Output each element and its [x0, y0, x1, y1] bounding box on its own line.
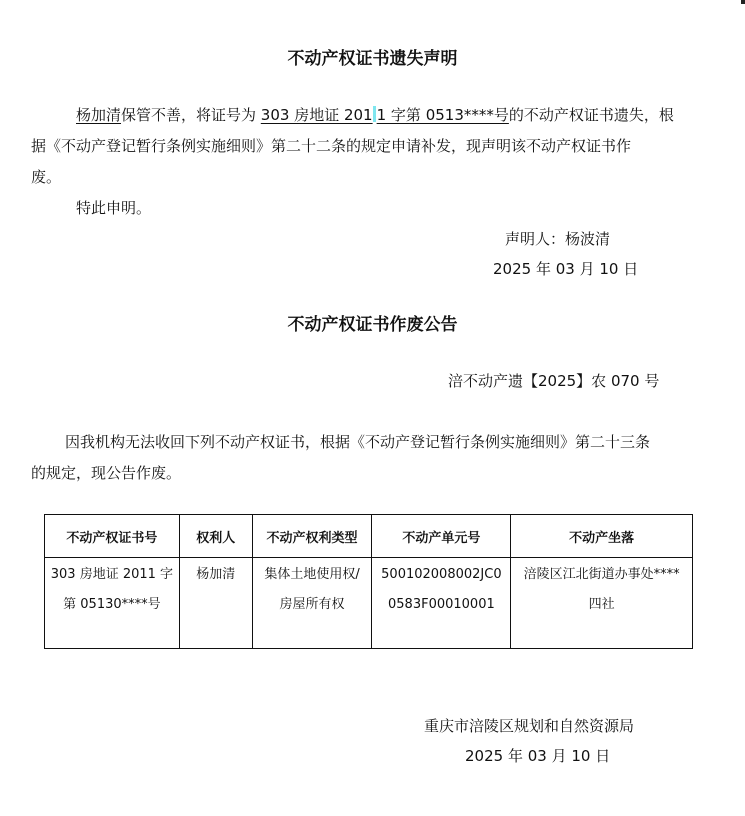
loss-statement-para1-line2: 据《不动产登记暂行条例实施细则》第二十二条的规定申请补发，现声明该不动产权证书作	[31, 131, 631, 162]
corner-artifact	[741, 0, 745, 4]
certificate-number: 303 房地证 2011 字第 0513****号	[261, 106, 509, 124]
header-unit-no: 不动产单元号	[372, 515, 511, 558]
loss-statement-date: 2025 年 03 月 10 日	[493, 254, 638, 285]
text-span: 的不动产权证书遗失，根	[509, 106, 674, 124]
text-span: 保管不善，将证号为	[121, 106, 261, 124]
location-line2: 四社	[511, 590, 692, 620]
loss-statement-para2: 特此申明。	[76, 193, 151, 224]
loss-statement-title: 不动产权证书遗失声明	[0, 44, 745, 69]
cert-no-line1: 303 房地证 2011 字	[45, 560, 179, 590]
holder-name: 杨加清	[180, 560, 252, 590]
loss-statement-para1-line1: 杨加清保管不善，将证号为 303 房地证 2011 字第 0513****号的不…	[76, 100, 674, 131]
declarant: 声明人：杨波清	[505, 224, 610, 255]
cert-part-b: 1 字第 0513****号	[377, 106, 509, 124]
issuer: 重庆市涪陵区规划和自然资源局	[424, 711, 634, 742]
void-notice-date: 2025 年 03 月 10 日	[465, 741, 610, 772]
location-line1: 涪陵区江北街道办事处****	[511, 560, 692, 590]
right-type-line2: 房屋所有权	[253, 590, 372, 620]
text-cursor	[373, 106, 376, 122]
document-number: 涪不动产遗【2025】农 070 号	[448, 366, 659, 397]
cell-cert-no: 303 房地证 2011 字 第 05130****号	[45, 558, 180, 649]
header-location: 不动产坐落	[511, 515, 693, 558]
cert-no-line2: 第 05130****号	[45, 590, 179, 620]
header-right-type: 不动产权利类型	[252, 515, 372, 558]
unit-no-line2: 0583F00010001	[372, 590, 510, 620]
cell-unit-no: 500102008002JC0 0583F00010001	[372, 558, 511, 649]
cell-holder: 杨加清	[179, 558, 252, 649]
table-header-row: 不动产权证书号 权利人 不动产权利类型 不动产单元号 不动产坐落	[45, 515, 693, 558]
loss-statement-para1-line3: 废。	[31, 162, 61, 193]
void-notice-para-line2: 的规定，现公告作废。	[31, 458, 181, 489]
cert-part-a: 303 房地证 201	[261, 106, 373, 124]
right-type-line1: 集体土地使用权/	[253, 560, 372, 590]
cell-location: 涪陵区江北街道办事处**** 四社	[511, 558, 693, 649]
header-cert-no: 不动产权证书号	[45, 515, 180, 558]
owner-name: 杨加清	[76, 106, 121, 124]
unit-no-line1: 500102008002JC0	[372, 560, 510, 590]
void-notice-title: 不动产权证书作废公告	[0, 310, 745, 335]
certificate-table: 不动产权证书号 权利人 不动产权利类型 不动产单元号 不动产坐落 303 房地证…	[44, 514, 693, 649]
void-notice-para-line1: 因我机构无法收回下列不动产权证书，根据《不动产登记暂行条例实施细则》第二十三条	[65, 427, 650, 458]
cell-right-type: 集体土地使用权/ 房屋所有权	[252, 558, 372, 649]
table-row: 303 房地证 2011 字 第 05130****号 杨加清 集体土地使用权/…	[45, 558, 693, 649]
header-holder: 权利人	[179, 515, 252, 558]
